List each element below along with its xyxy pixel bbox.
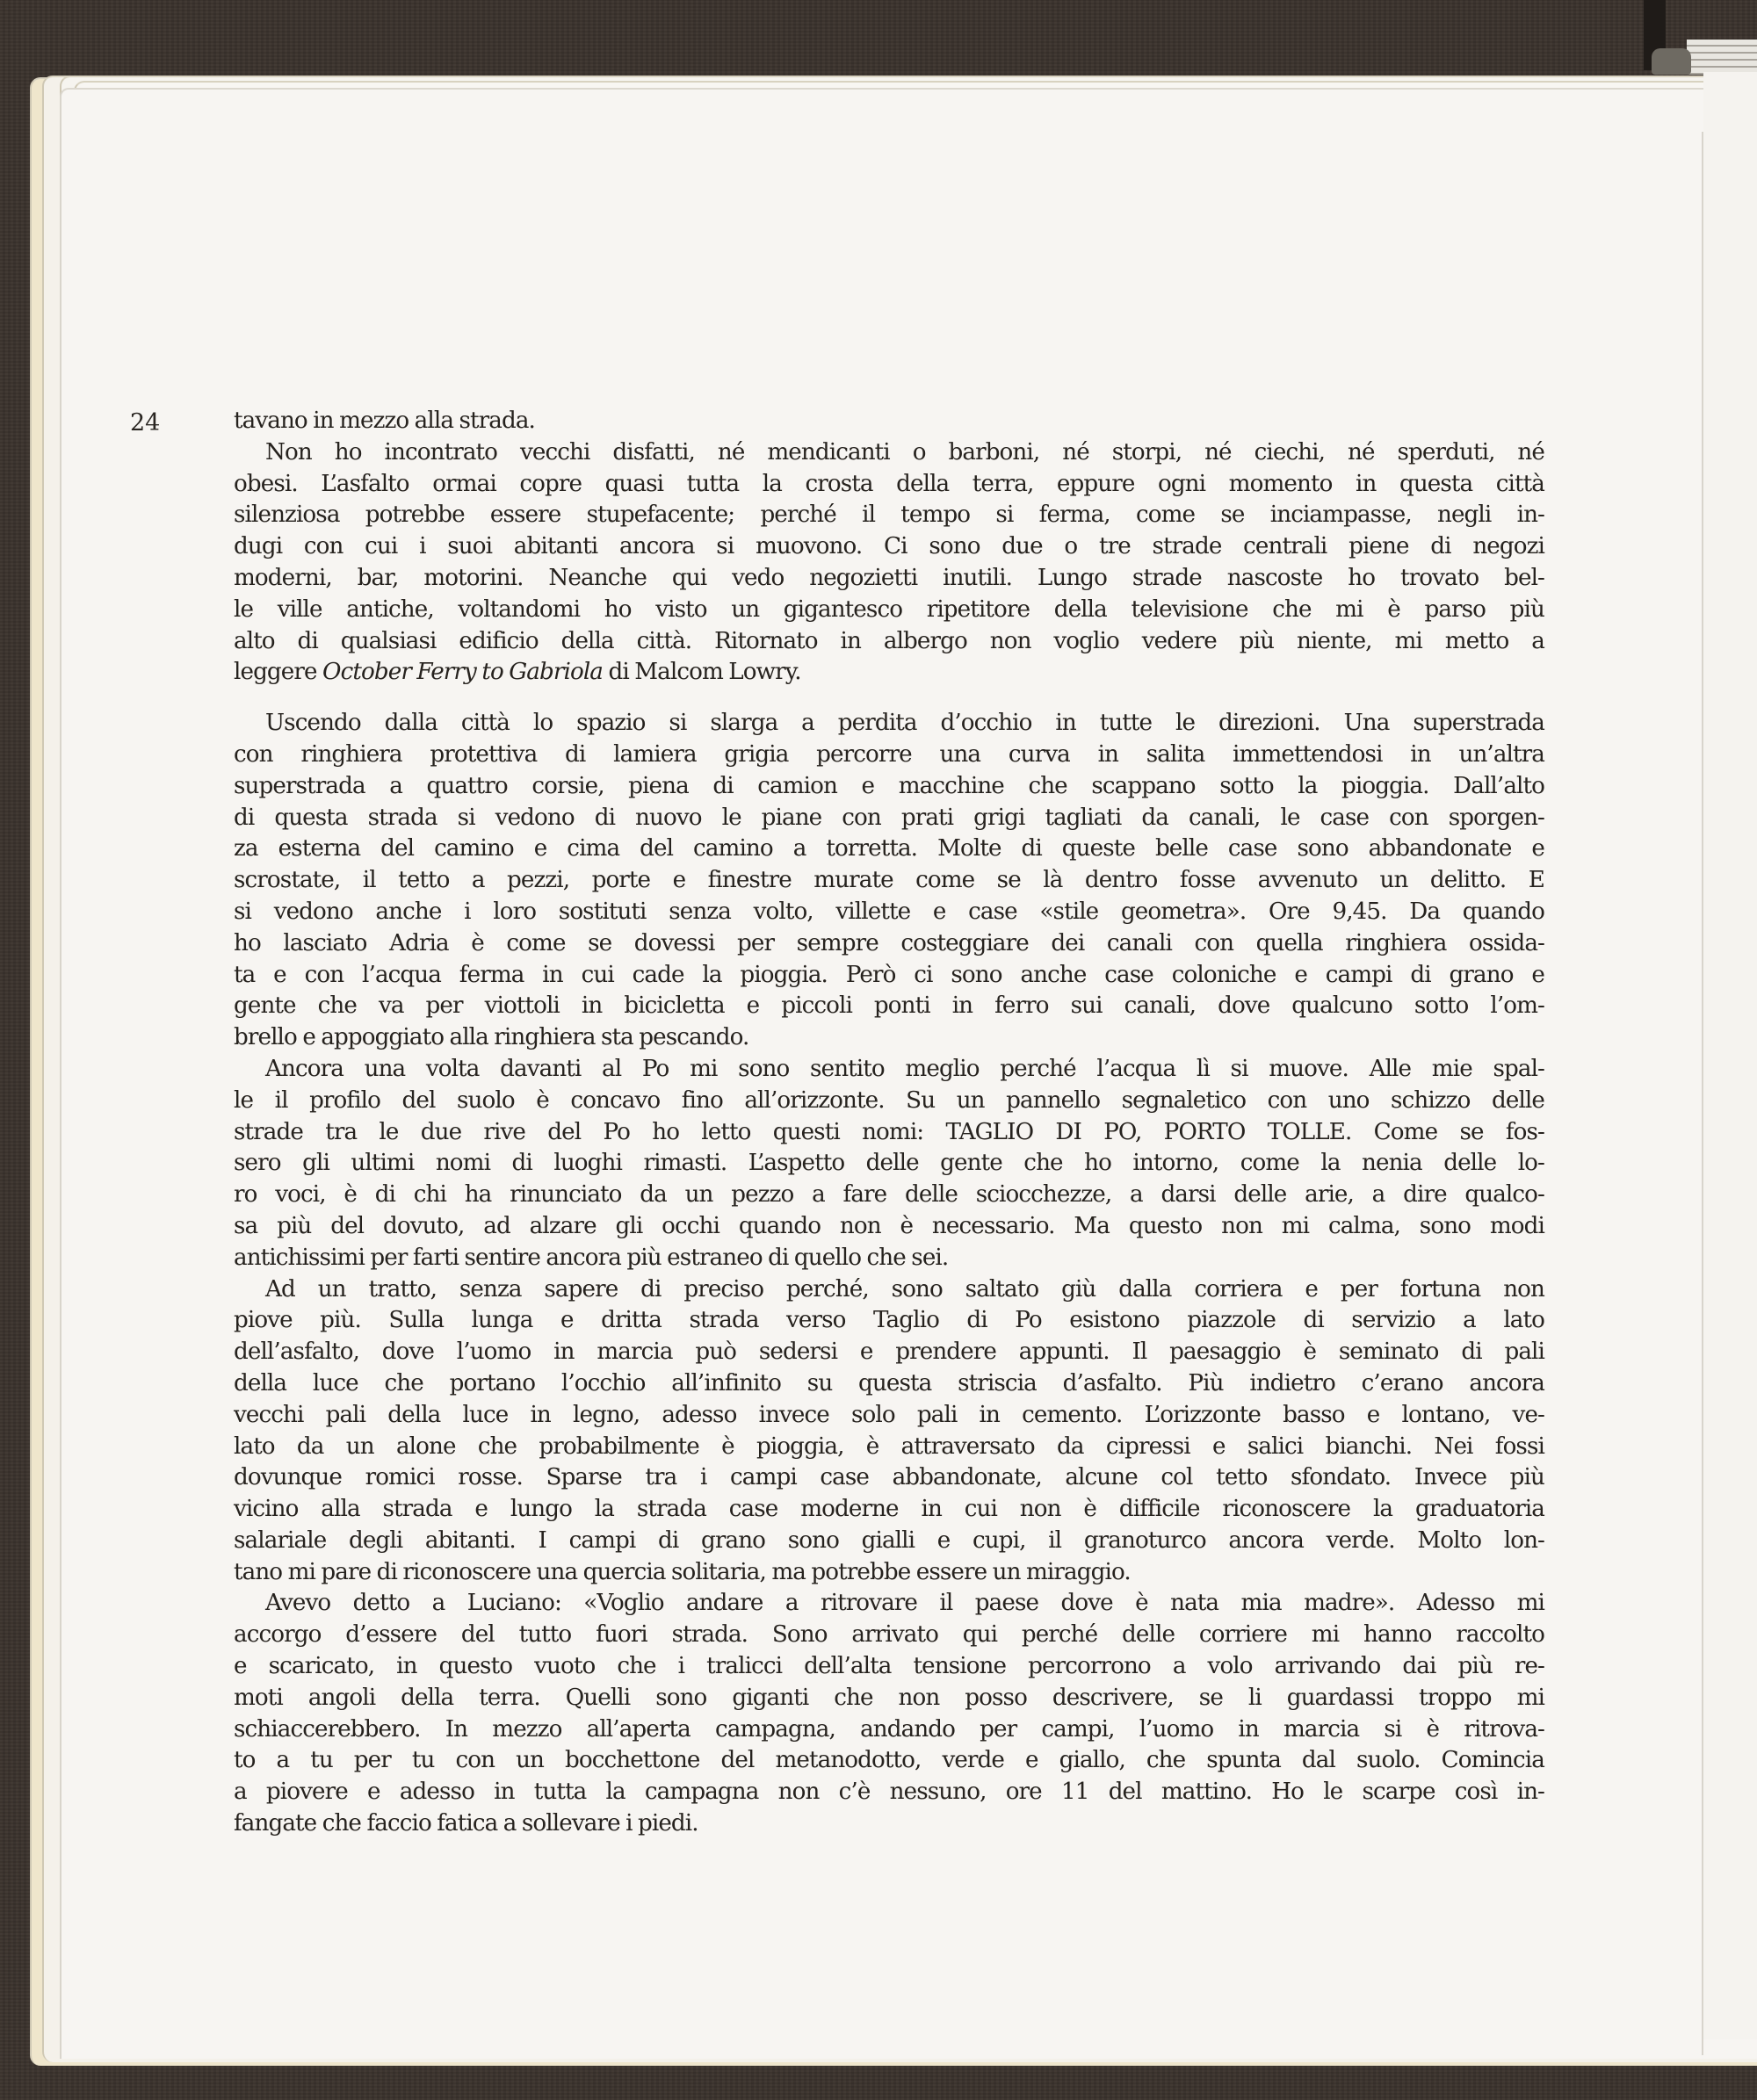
text-line: di questa strada si vedono di nuovo le p… — [234, 803, 1544, 834]
paragraph: Non ho incontrato vecchi disfatti, né me… — [234, 437, 1544, 689]
binding-clip — [1652, 48, 1691, 75]
text-line: dell’asfalto, dove l’uomo in marcia può … — [234, 1337, 1544, 1368]
text-line: ho lasciato Adria è come se dovessi per … — [234, 928, 1544, 960]
paragraph: Uscendo dalla città lo spazio si slarga … — [234, 708, 1544, 1054]
text-line: za esterna del camino e cima del camino … — [234, 834, 1544, 865]
text-line: Uscendo dalla città lo spazio si slarga … — [234, 708, 1544, 740]
text-line: con ringhiera protettiva di lamiera grig… — [234, 740, 1544, 771]
text-line: tavano in mezzo alla strada. — [234, 406, 1544, 437]
text-line: obesi. L’asfalto ormai copre quasi tutta… — [234, 469, 1544, 501]
paragraph: tavano in mezzo alla strada. — [234, 406, 1544, 437]
text-line: Ancora una volta davanti al Po mi sono s… — [234, 1054, 1544, 1086]
text-line: accorgo d’essere del tutto fuori strada.… — [234, 1620, 1544, 1651]
text-line: e scaricato, in questo vuoto che i trali… — [234, 1651, 1544, 1683]
text-line: gente che va per viottoli in bicicletta … — [234, 991, 1544, 1022]
text-line: ta e con l’acqua ferma in cui cade la pi… — [234, 960, 1544, 992]
text-line: sa più del dovuto, ad alzare gli occhi q… — [234, 1211, 1544, 1243]
text-line: Ad un tratto, senza sapere di preciso pe… — [234, 1274, 1544, 1306]
text-run: di Malcom Lowry. — [603, 659, 801, 685]
body-text: tavano in mezzo alla strada.Non ho incon… — [234, 406, 1544, 1840]
text-line: piove più. Sulla lunga e dritta strada v… — [234, 1305, 1544, 1337]
text-line: le il profilo del suolo è concavo fino a… — [234, 1086, 1544, 1117]
text-line: a piovere e adesso in tutta la campagna … — [234, 1777, 1544, 1808]
text-line: to a tu per tu con un bocchettone del me… — [234, 1745, 1544, 1777]
facing-page-edges — [1687, 40, 1757, 75]
paragraph: Avevo detto a Luciano: «Voglio andare a … — [234, 1588, 1544, 1839]
text-run: leggere — [234, 659, 322, 685]
text-line: lato da un alone che probabilmente è pio… — [234, 1432, 1544, 1463]
text-line: Non ho incontrato vecchi disfatti, né me… — [234, 437, 1544, 469]
text-line: sero gli ultimi nomi di luoghi rimasti. … — [234, 1148, 1544, 1180]
page-gutter-line — [1702, 132, 1703, 2055]
text-line: moderni, bar, motorini. Neanche qui vedo… — [234, 563, 1544, 595]
text-line: dugi con cui i suoi abitanti ancora si m… — [234, 531, 1544, 563]
text-line: vecchi pali della luce in legno, adesso … — [234, 1400, 1544, 1432]
paragraph: Ancora una volta davanti al Po mi sono s… — [234, 1054, 1544, 1274]
text-line: tano mi pare di riconoscere una quercia … — [234, 1557, 1544, 1589]
text-line: fangate che faccio fatica a sollevare i … — [234, 1808, 1544, 1840]
page-gutter-strip — [1703, 72, 1757, 2039]
text-line: silenziosa potrebbe essere stupefacente;… — [234, 500, 1544, 531]
text-line: antichissimi per farti sentire ancora pi… — [234, 1243, 1544, 1274]
text-line: dovunque romici rosse. Sparse tra i camp… — [234, 1462, 1544, 1494]
text-line: ro voci, è di chi ha rinunciato da un pe… — [234, 1180, 1544, 1211]
text-line: salariale degli abitanti. I campi di gra… — [234, 1526, 1544, 1557]
page-number: 24 — [130, 409, 160, 437]
text-line: superstrada a quattro corsie, piena di c… — [234, 771, 1544, 803]
text-line: le ville antiche, voltandomi ho visto un… — [234, 595, 1544, 626]
text-line: schiaccerebbero. In mezzo all’aperta cam… — [234, 1714, 1544, 1746]
text-line: scrostate, il tetto a pezzi, porte e fin… — [234, 865, 1544, 897]
text-line: si vedono anche i loro sostituti senza v… — [234, 897, 1544, 928]
book-title: October Ferry to Gabriola — [322, 659, 603, 685]
text-line: della luce che portano l’occhio all’infi… — [234, 1368, 1544, 1400]
text-line: Avevo detto a Luciano: «Voglio andare a … — [234, 1588, 1544, 1620]
text-line: vicino alla strada e lungo la strada cas… — [234, 1494, 1544, 1526]
text-line: moti angoli della terra. Quelli sono gig… — [234, 1683, 1544, 1714]
text-line: alto di qualsiasi edificio della città. … — [234, 626, 1544, 658]
text-line: strade tra le due rive del Po ho letto q… — [234, 1117, 1544, 1149]
paragraph-gap — [234, 689, 1544, 708]
text-line: brello e appoggiato alla ringhiera sta p… — [234, 1022, 1544, 1054]
paragraph: Ad un tratto, senza sapere di preciso pe… — [234, 1274, 1544, 1589]
text-line: leggere October Ferry to Gabriola di Mal… — [234, 657, 1544, 689]
